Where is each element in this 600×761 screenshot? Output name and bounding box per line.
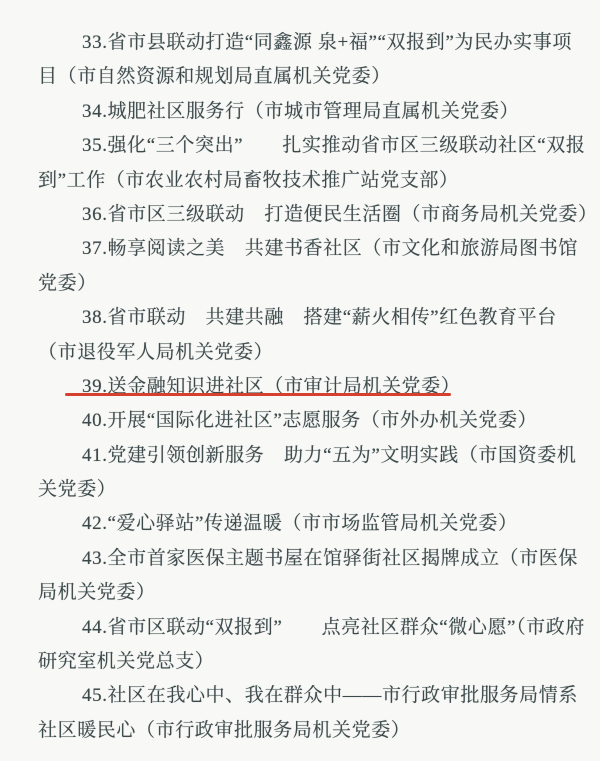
list-item-40: 40.开展“国际化进社区”志愿服务（市外办机关党委） (38, 404, 564, 438)
red-underline-annotation (65, 393, 451, 397)
list-item-38-line-1: 38.省市联动 共建共融 搭建“薪火相传”红色教育平台 (38, 301, 564, 335)
list-item-43-line-2: 局机关党委） (38, 576, 564, 610)
list-item-43-line-1: 43.全市首家医保主题书屋在馆驿街社区揭牌成立（市医保 (38, 542, 564, 576)
list-item-39: 39.送金融知识进社区（市审计局机关党委） (38, 370, 564, 404)
list-item-44-line-2: 研究室机关党总支） (38, 645, 564, 679)
list-item-36: 36.省市区三级联动 打造便民生活圈（市商务局机关党委） (38, 198, 564, 232)
list-item-44-line-1: 44.省市区联动“双报到” 点亮社区群众“微心愿”（市政府 (38, 611, 564, 645)
list-item-45-line-2: 社区暖民心（市行政审批服务局机关党委） (38, 714, 564, 748)
list-item-37-line-2: 党委） (38, 267, 564, 301)
list-item-33-line-2: 目（市自然资源和规划局直属机关党委） (38, 60, 564, 94)
list-item-35-line-1: 35.强化“三个突出” 扎实推动省市区三级联动社区“双报 (38, 129, 564, 163)
list-item-45-line-1: 45.社区在我心中、我在群众中——市行政审批服务局情系 (38, 679, 564, 713)
list-item-34: 34.城肥社区服务行（市城市管理局直属机关党委） (38, 95, 564, 129)
list-item-42: 42.“爱心驿站”传递温暖（市市场监管局机关党委） (38, 507, 564, 541)
document-page: 33.省市县联动打造“同鑫源 泉+福”“双报到”为民办实事项 目（市自然资源和规… (0, 0, 600, 761)
list-item-33-line-1: 33.省市县联动打造“同鑫源 泉+福”“双报到”为民办实事项 (38, 26, 564, 60)
list-item-41-line-1: 41.党建引领创新服务 助力“五为”文明实践（市国资委机 (38, 439, 564, 473)
list-item-35-line-2: 到”工作（市农业农村局畜牧技术推广站党支部） (38, 164, 564, 198)
list-item-41-line-2: 关党委） (38, 473, 564, 507)
list-item-38-line-2: （市退役军人局机关党委） (38, 336, 564, 370)
list-item-37-line-1: 37.畅享阅读之美 共建书香社区（市文化和旅游局图书馆 (38, 232, 564, 266)
